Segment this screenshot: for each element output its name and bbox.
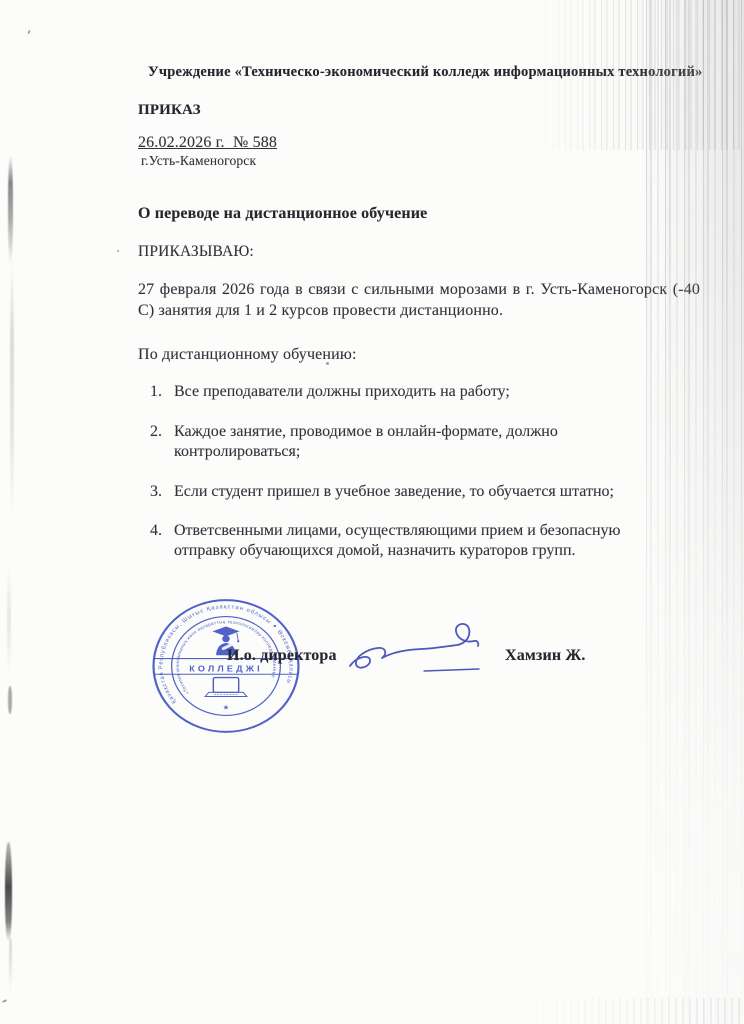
list-item-text: Каждое занятие, проводимое в онлайн-форм… [174, 422, 614, 462]
order-title: ПРИКАЗ [138, 102, 201, 119]
list-item: 2. Каждое занятие, проводимое в онлайн-ф… [150, 422, 614, 462]
scan-speck [27, 30, 30, 34]
list-item: 3. Если студент пришел в учебное заведен… [150, 482, 694, 502]
scan-smudge [5, 842, 12, 942]
list-item-text: Все преподаватели должны приходить на ра… [174, 382, 674, 402]
order-subject: О переводе на дистанционное обучение [138, 205, 427, 223]
list-item-number: 4. [150, 521, 174, 561]
list-item: 4. Ответсвенными лицами, осуществляющими… [150, 521, 634, 561]
scan-smudge [8, 155, 13, 265]
list-intro: По дистанционному обучению: [138, 346, 357, 364]
scan-speck [2, 999, 7, 1003]
signer-name: Хамзин Ж. [505, 647, 586, 665]
list-item: 1. Все преподаватели должны приходить на… [150, 382, 674, 402]
scan-smudge [8, 686, 12, 714]
scanner-streak-band-right [646, 0, 744, 1024]
college-round-stamp: Қазақстан Республикасы, Шығыс Қазақстан … [149, 596, 303, 736]
signer-role: И.о. директора [227, 647, 337, 665]
scan-noise-bottom-right [514, 998, 744, 1024]
directive-word: ПРИКАЗЫВАЮ: [138, 243, 254, 261]
scan-smudge [7, 560, 11, 680]
list-item-text: Если студент пришел в учебное заведение,… [174, 482, 694, 502]
city-line: г.Усть-Каменогорск [141, 153, 256, 169]
order-date-number: 26.02.2026 г. № 588 [138, 134, 277, 152]
list-item-number: 1. [150, 382, 174, 402]
list-item-number: 3. [150, 482, 174, 502]
list-item-number: 2. [150, 422, 174, 462]
stamp-star-icon: ★ [223, 705, 229, 712]
scan-smudge [10, 258, 14, 518]
order-body-paragraph: 27 февраля 2026 года в связи с сильными … [138, 280, 700, 321]
scan-smudge [9, 938, 12, 993]
scan-speck [117, 250, 119, 252]
organization-name: Учреждение «Техническо-экономический кол… [148, 64, 702, 81]
scanned-order-document: Учреждение «Техническо-экономический кол… [0, 0, 744, 1024]
laptop-icon [205, 678, 247, 697]
stamp-band-text: КОЛЛЕДЖІ [189, 664, 263, 674]
list-item-text: Ответсвенными лицами, осуществляющими пр… [174, 521, 634, 561]
